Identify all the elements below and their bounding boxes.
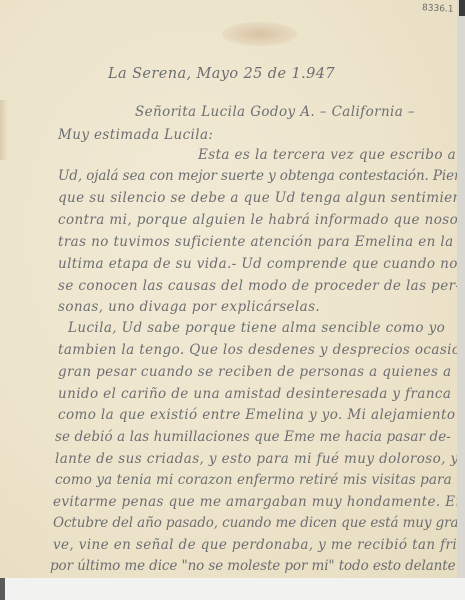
body-line: lante de sus criadas, y esto para mi fué… bbox=[55, 451, 459, 467]
body-line: Ud, ojalá sea con mejor suerte y obtenga… bbox=[58, 168, 465, 184]
body-line: tras no tuvimos suficiente atención para… bbox=[58, 234, 454, 250]
paper-edge-shade bbox=[0, 100, 8, 160]
body-line: Lucila, Ud sabe porque tiene alma sencib… bbox=[68, 320, 445, 336]
body-line: se debió a las humillaciones que Eme me … bbox=[55, 429, 451, 445]
scan-margin-bottom bbox=[0, 578, 465, 600]
body-line: sonas, uno divaga por explicárselas. bbox=[58, 299, 320, 315]
recipient-line: Señorita Lucila Godoy A. – California – bbox=[135, 104, 415, 120]
salutation: Muy estimada Lucila: bbox=[58, 127, 213, 143]
body-line: ultima etapa de su vida.- Ud comprende q… bbox=[58, 256, 458, 272]
body-line: Octubre del año pasado, cuando me dicen … bbox=[53, 515, 463, 531]
body-line: por último me dice "no se moleste por mi… bbox=[50, 558, 456, 574]
scan-edge-dark-bottom bbox=[0, 578, 5, 600]
body-line: tambien la tengo. Que los desdenes y des… bbox=[58, 342, 465, 358]
body-line: como la que existió entre Emelina y yo. … bbox=[58, 407, 455, 423]
body-line: como ya tenia mi corazon enfermo retiré … bbox=[55, 472, 452, 488]
body-line: gran pesar cuando se reciben de personas… bbox=[58, 364, 451, 380]
body-line: ve, vine en señal de que perdonaba, y me… bbox=[53, 537, 465, 553]
body-line: se conocen las causas del modo de proced… bbox=[58, 278, 460, 294]
paper-stain bbox=[222, 22, 297, 46]
archive-number: 8336.1 bbox=[422, 3, 454, 15]
body-line: unido el cariño de una amistad desintere… bbox=[58, 386, 451, 402]
body-line: contra mi, porque alguien le habrá infor… bbox=[58, 212, 463, 228]
place-date: La Serena, Mayo 25 de 1.947 bbox=[108, 66, 335, 82]
letter-page: 8336.1 La Serena, Mayo 25 de 1.947 Señor… bbox=[0, 0, 457, 578]
scan-margin-right bbox=[457, 0, 465, 578]
body-line: que su silencio se debe a que Ud tenga a… bbox=[58, 190, 465, 206]
body-line: evitarme penas que me amargaban muy hond… bbox=[53, 494, 465, 510]
scan-edge-dark bbox=[459, 0, 465, 16]
body-line: Esta es la tercera vez que escribo a bbox=[198, 147, 456, 163]
